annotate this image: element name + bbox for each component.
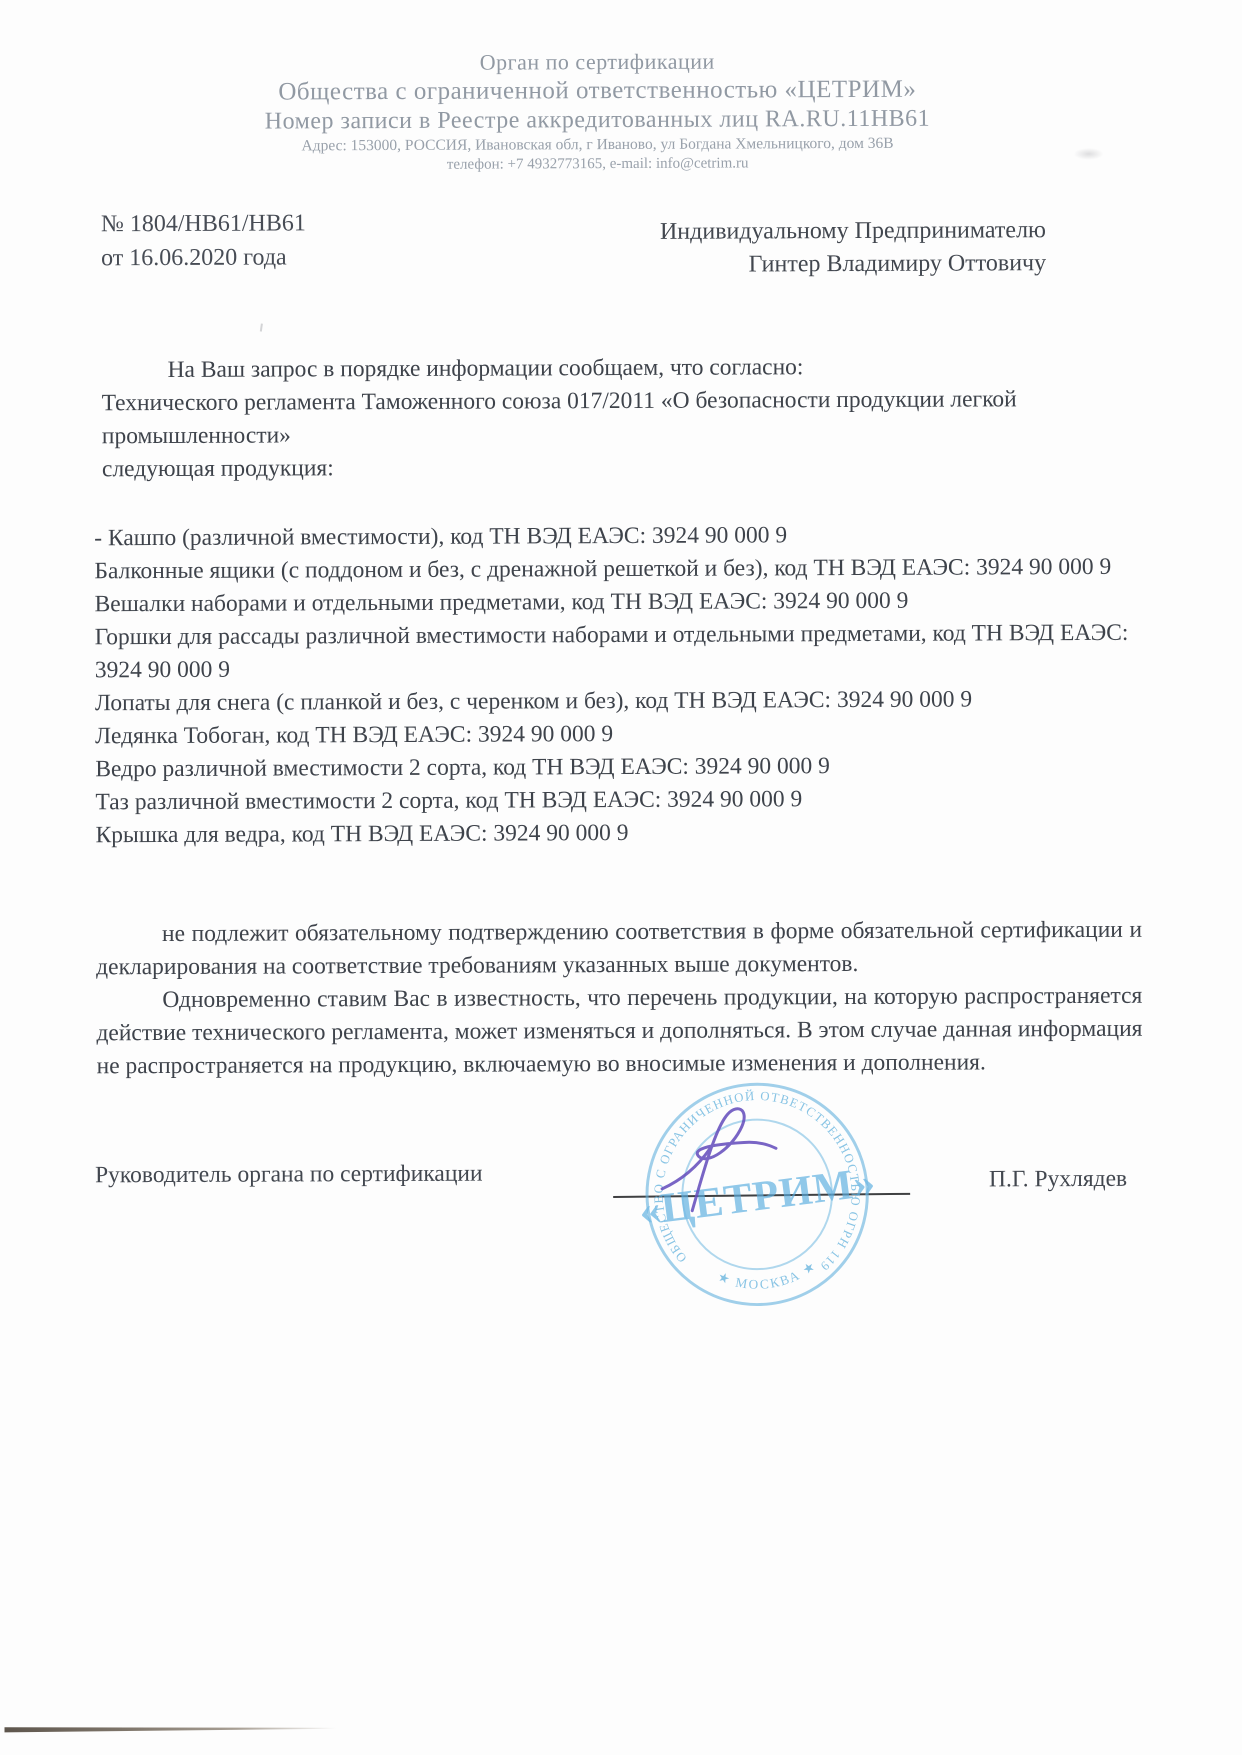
- intro-paragraph-2: Технического регламента Таможенного союз…: [102, 383, 1136, 454]
- letterhead-contact: телефон: +7 4932773165, e-mail: info@cet…: [0, 152, 1198, 176]
- conclusion-paragraph-1: не подлежит обязательному подтверждению …: [96, 914, 1142, 985]
- product-item: Крышка для ведра, код ТН ВЭД ЕАЭС: 3924 …: [96, 815, 1138, 853]
- signatory-title: Руководитель органа по сертификации: [95, 1161, 483, 1190]
- handwritten-signature: [644, 1104, 814, 1215]
- product-item: Горшки для рассады различной вместимости…: [95, 617, 1137, 688]
- reference-block: № 1804/НВ61/НВ61 от 16.06.2020 года: [101, 206, 306, 275]
- product-item: Балконные ящики (с поддоном и без, с дре…: [94, 551, 1136, 589]
- letterhead: Орган по сертификации Общества с огранич…: [0, 45, 1198, 176]
- scan-artifact-smudge: [1074, 148, 1104, 160]
- product-item: - Кашпо (различной вместимости), код ТН …: [94, 518, 1136, 556]
- scan-artifact-line: [4, 1725, 336, 1732]
- conclusion-paragraph-2: Одновременно ставим Вас в известность, ч…: [96, 980, 1142, 1084]
- letter-date: от 16.06.2020 года: [101, 240, 306, 275]
- recipient-line1: Индивидуальному Предпринимателю: [660, 214, 1046, 249]
- recipient-block: Индивидуальному Предпринимателю Гинтер В…: [660, 214, 1046, 282]
- letter-number: № 1804/НВ61/НВ61: [101, 206, 306, 241]
- conclusion-section: не подлежит обязательному подтверждению …: [96, 914, 1143, 1084]
- intro-paragraph-1: На Ваш запрос в порядке информации сообщ…: [101, 350, 1135, 388]
- product-item: Ледянка Тобоган, код ТН ВЭД ЕАЭС: 3924 9…: [95, 716, 1137, 754]
- product-item: Лопаты для снега (с планкой и без, с чер…: [95, 683, 1137, 721]
- svg-text:★ МОСКВА ★: ★ МОСКВА ★: [714, 1256, 821, 1297]
- intro-paragraph-3: следующая продукция:: [102, 449, 1136, 487]
- signatory-name: П.Г. Рухлядев: [989, 1166, 1127, 1194]
- recipient-line2: Гинтер Владимиру Оттовичу: [660, 247, 1046, 282]
- product-item: Вешалки наборами и отдельными предметами…: [94, 584, 1136, 622]
- product-list: - Кашпо (различной вместимости), код ТН …: [94, 518, 1137, 853]
- scanned-letter-page: Орган по сертификации Общества с огранич…: [0, 0, 1242, 1755]
- intro-section: На Ваш запрос в порядке информации сообщ…: [101, 350, 1136, 487]
- stamp-bottom-text: ★ МОСКВА ★: [714, 1256, 821, 1297]
- scan-artifact-tick: [260, 323, 263, 331]
- product-item: Таз различной вместимости 2 сорта, код Т…: [95, 782, 1137, 820]
- signature-stroke-icon: [644, 1104, 814, 1215]
- product-item: Ведро различной вместимости 2 сорта, код…: [95, 749, 1137, 787]
